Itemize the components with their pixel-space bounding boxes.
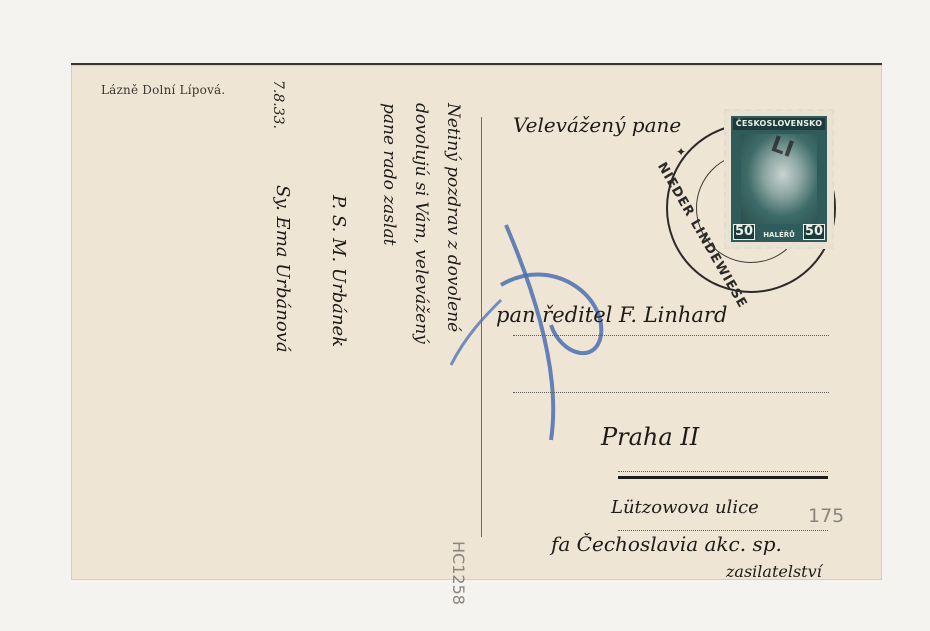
address-city: Praha II [601, 423, 699, 451]
address-line-1 [513, 335, 829, 336]
address-company-line2: zasilatelství [726, 562, 822, 581]
stamp-country: ČESKOSLOVENSKO [733, 118, 825, 130]
address-line-2 [513, 392, 829, 393]
address-line-3 [618, 471, 828, 472]
postage-stamp: ČESKOSLOVENSKO HALÉŘŮ 50 50 [724, 109, 834, 249]
address-line-4 [618, 530, 828, 531]
postmark-star-icon: ✦ [676, 145, 686, 159]
stamp-value-right: 50 [803, 224, 825, 240]
postcard: Lázně Dolní Lípová. 7.8.33. Netiný pozdr… [71, 63, 882, 580]
city-underline [618, 476, 828, 479]
address-company: fa Čechoslavia akc. sp. [551, 532, 782, 556]
pencil-catalog-ref: HC1258 [449, 541, 468, 605]
stamp-value-left: 50 [733, 224, 755, 240]
signature-1: P. S. M. Urbánek [328, 195, 349, 347]
postcard-caption: Lázně Dolní Lípová. [101, 83, 225, 97]
address-salutation: Velevážený pane [513, 113, 681, 137]
signature-2: Sy. Ema Urbánová [272, 185, 293, 353]
message-line-3: pane rado zaslat [379, 103, 399, 245]
address-recipient: pan ředitel F. Linhard [496, 303, 727, 327]
address-street: Lützowova ulice [611, 497, 759, 518]
message-date: 7.8.33. [270, 80, 286, 129]
message-line-2: dovolujú si Vám, velevážený [411, 103, 431, 344]
pencil-house-number: 175 [808, 505, 844, 527]
